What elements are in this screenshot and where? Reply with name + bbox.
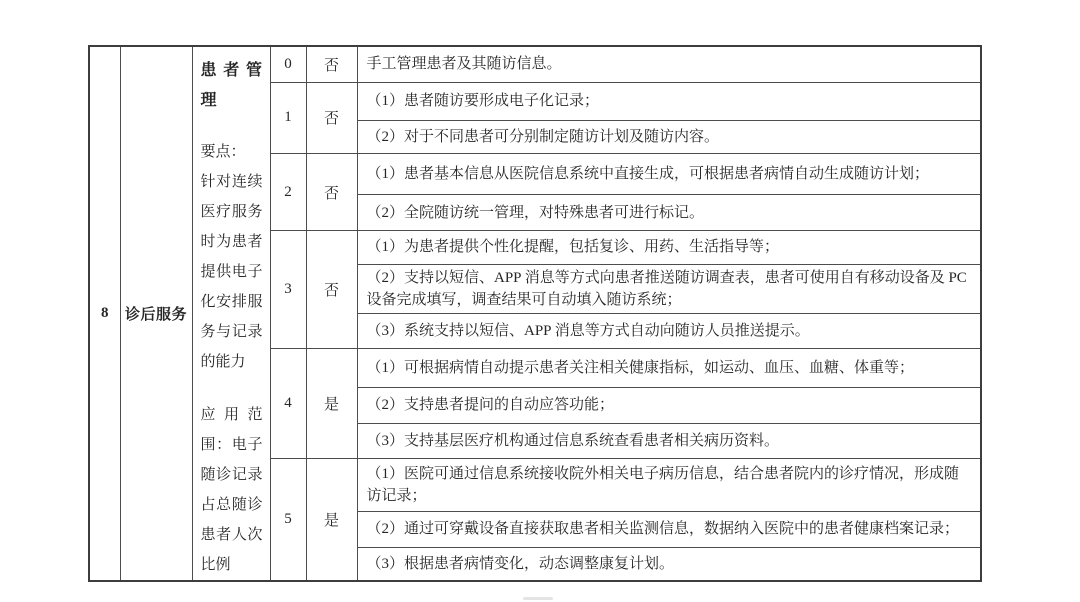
project-key-points: 要点： 针对连续医疗服务时为患者提供电子化安排服务与记录的能力 <box>201 137 263 377</box>
requirement-cell: （2）全院随访统一管理，对特殊患者可进行标记。 <box>357 195 981 231</box>
requirement-cell: （1）为患者提供个性化提醒，包括复诊、用药、生活指导等； <box>357 231 981 265</box>
key-points-label: 要点： <box>201 137 263 167</box>
key-points-text: 针对连续医疗服务时为患者提供电子化安排服务与记录的能力 <box>201 167 263 377</box>
project-cell: 患者管理 要点： 针对连续医疗服务时为患者提供电子化安排服务与记录的能力 应用范… <box>192 46 270 581</box>
requirement-cell: （2）对于不同患者可分别制定随访计划及随访内容。 <box>357 121 981 154</box>
compliance-cell: 是 <box>306 458 357 581</box>
requirement-cell: （1）患者随访要形成电子化记录； <box>357 82 981 121</box>
scan-artifact <box>523 597 553 600</box>
compliance-cell: 否 <box>306 154 357 231</box>
compliance-cell: 否 <box>306 82 357 154</box>
document-page: 8 诊后服务 患者管理 要点： 针对连续医疗服务时为患者提供电子化安排服务与记录… <box>0 0 1080 602</box>
row-number-cell: 8 <box>89 46 120 581</box>
level-cell: 0 <box>270 46 306 82</box>
requirement-cell: （3）系统支持以短信、APP 消息等方式自动向随访人员推送提示。 <box>357 313 981 348</box>
requirement-cell: （1）可根据病情自动提示患者关注相关健康指标，如运动、血压、血糖、体重等； <box>357 348 981 387</box>
requirement-cell: （2）支持以短信、APP 消息等方式向患者推送随访调查表，患者可使用自有移动设备… <box>357 264 981 313</box>
level-cell: 5 <box>270 458 306 581</box>
evaluation-table: 8 诊后服务 患者管理 要点： 针对连续医疗服务时为患者提供电子化安排服务与记录… <box>88 45 982 582</box>
requirement-cell: （3）支持基层医疗机构通过信息系统查看患者相关病历资料。 <box>357 423 981 458</box>
category-cell: 诊后服务 <box>120 46 192 581</box>
requirement-cell: （2）通过可穿戴设备直接获取患者相关监测信息，数据纳入医院中的患者健康档案记录； <box>357 511 981 547</box>
level-cell: 1 <box>270 82 306 154</box>
requirement-cell: （1）患者基本信息从医院信息系统中直接生成，可根据患者病情自动生成随访计划； <box>357 154 981 195</box>
level-cell: 3 <box>270 231 306 349</box>
level-cell: 4 <box>270 348 306 458</box>
project-scope-text: 应用范围：电子随诊记录占总随诊患者人次比例 <box>201 400 263 580</box>
compliance-cell: 否 <box>306 231 357 349</box>
requirement-cell: （1）医院可通过信息系统接收院外相关电子病历信息，结合患者院内的诊疗情况，形成随… <box>357 458 981 511</box>
requirement-cell: 手工管理患者及其随访信息。 <box>357 46 981 82</box>
level-cell: 2 <box>270 154 306 231</box>
requirement-cell: （3）根据患者病情变化，动态调整康复计划。 <box>357 547 981 581</box>
compliance-cell: 否 <box>306 46 357 82</box>
requirement-cell: （2）支持患者提问的自动应答功能； <box>357 387 981 423</box>
project-title: 患者管理 <box>201 56 263 116</box>
compliance-cell: 是 <box>306 348 357 458</box>
